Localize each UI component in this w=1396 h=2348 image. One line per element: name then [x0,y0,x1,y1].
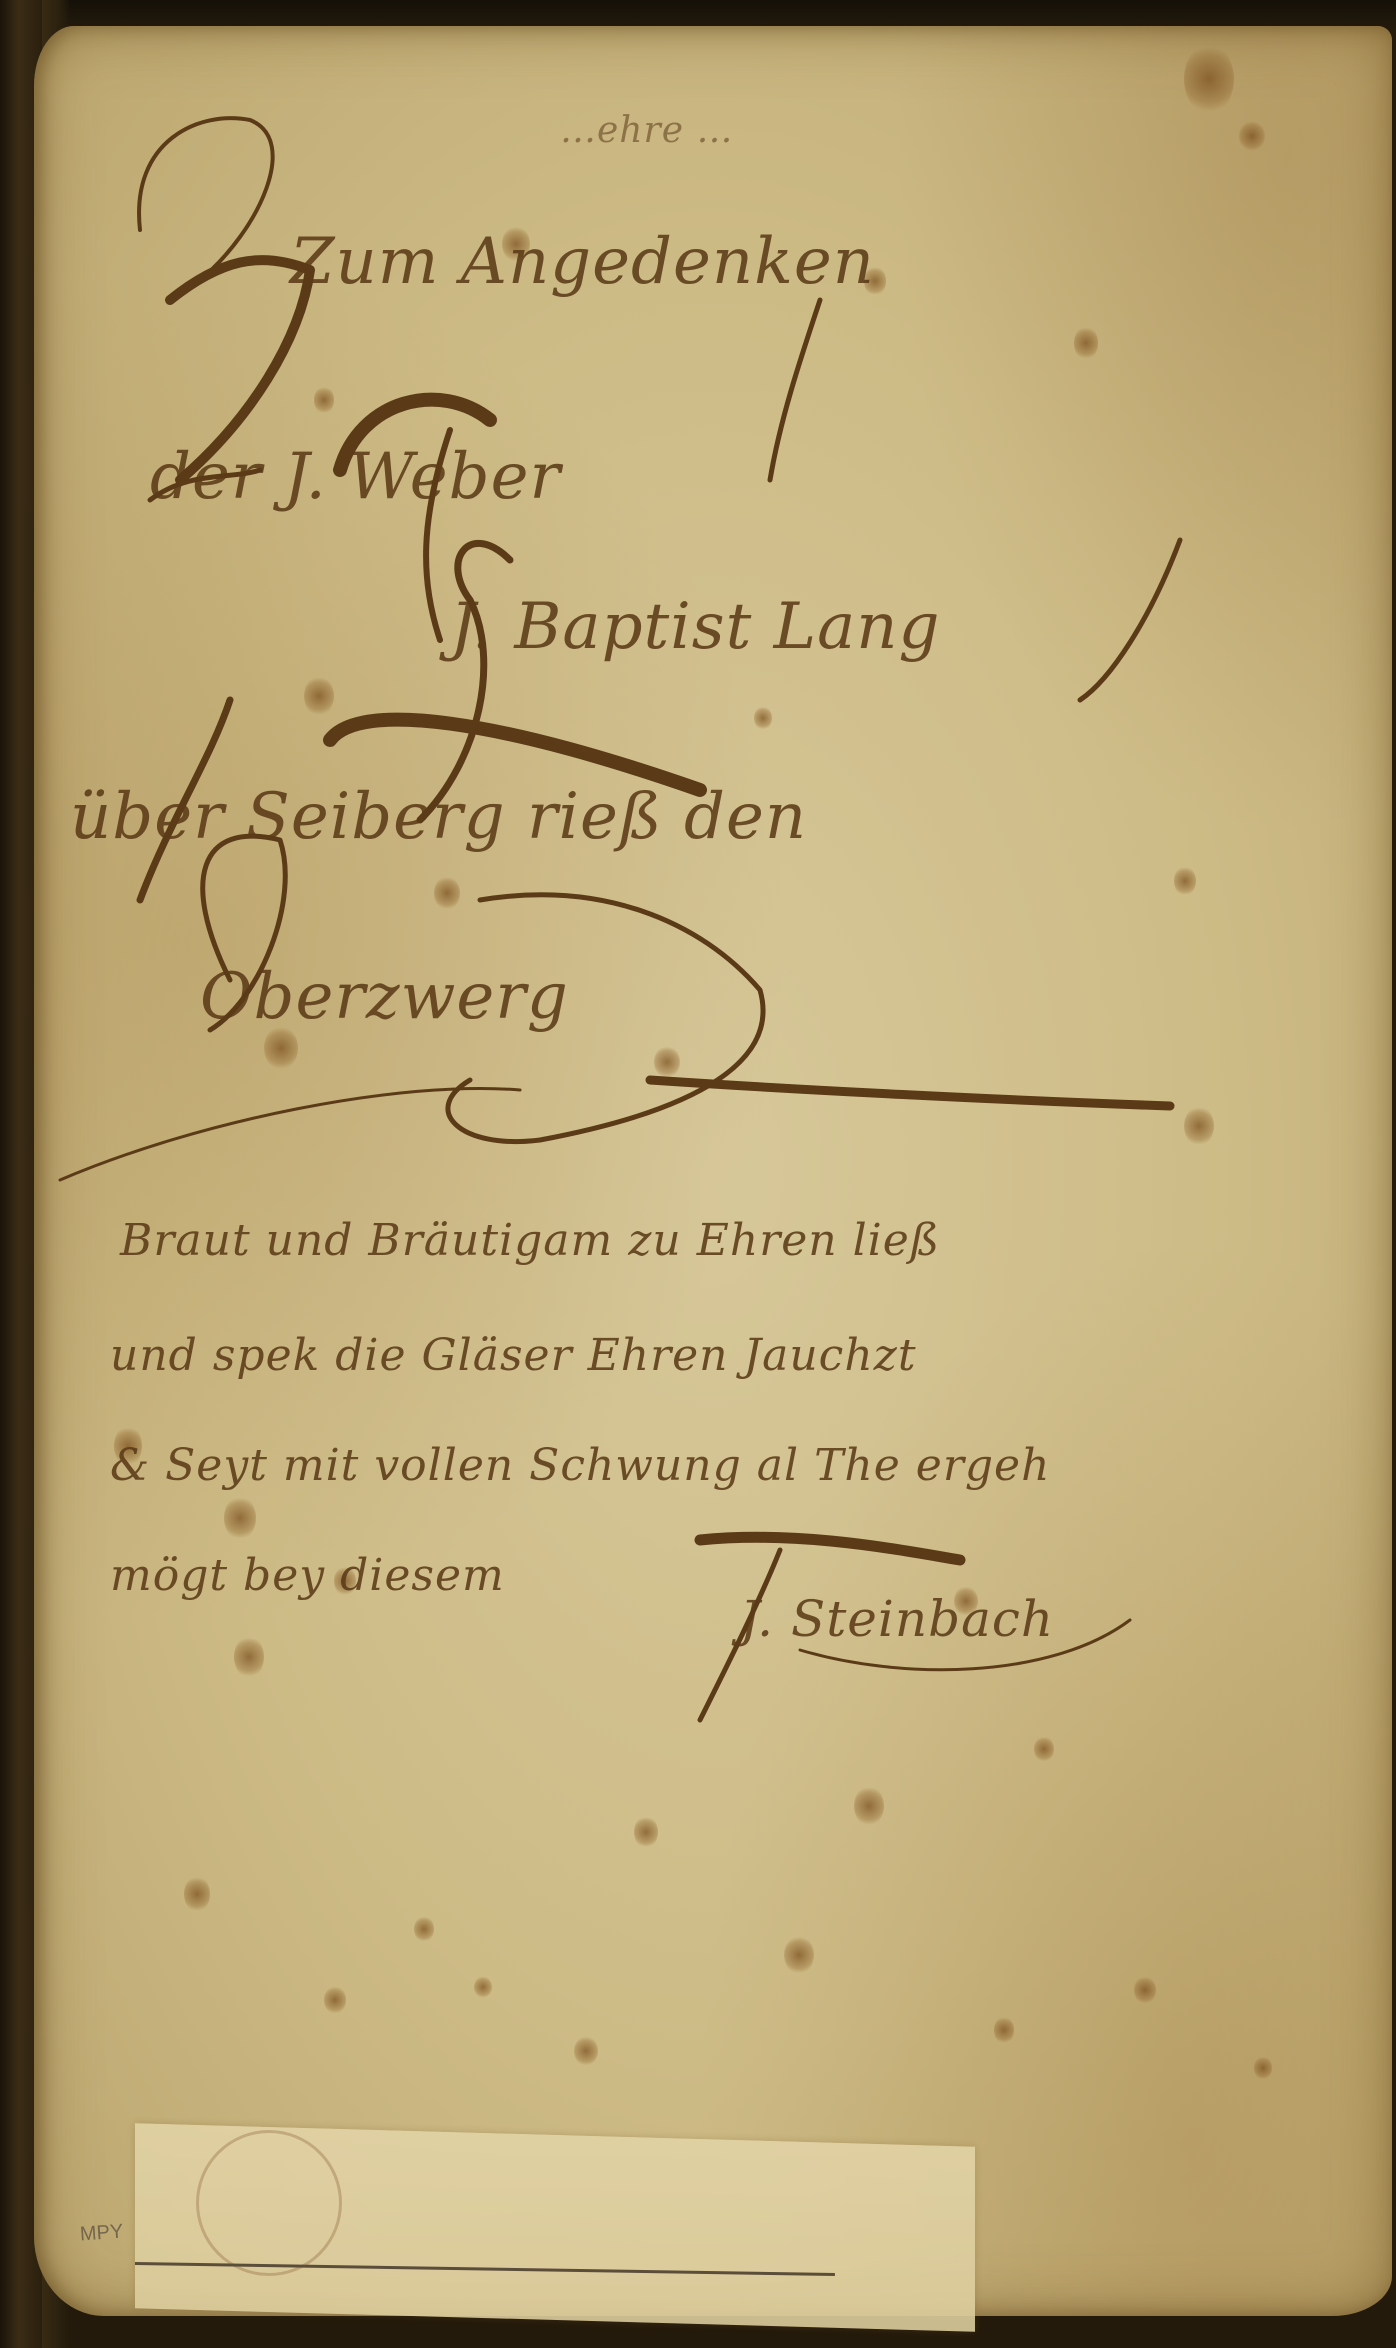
foxing-spot [1074,326,1098,360]
foxing-spot [1184,1106,1214,1146]
manuscript-page [34,26,1392,2316]
foxing-spot [574,2036,598,2066]
foxing-spot [654,1046,680,1078]
foxing-spot [234,1636,264,1678]
dedication-line-4: über Seiberg rieß den [70,780,807,854]
verse-line-4: mögt bey diesem [110,1550,505,1601]
dedication-line-3: J. Baptist Lang [450,590,940,664]
shelf-mark: MPY [79,2221,124,2247]
foxing-spot [1184,44,1234,114]
foxing-spot [414,1916,434,1942]
verse-line-1: Braut und Bräutigam zu Ehren ließ [120,1215,940,1266]
foxing-spot [1034,1736,1054,1762]
dedication-line-2: der J. Weber [150,440,561,514]
foxing-spot [754,706,772,730]
foxing-spot [434,876,460,910]
verse-line-2: und spek die Gläser Ehren Jauchzt [110,1330,917,1381]
foxing-spot [784,1936,814,1974]
foxing-spot [1174,866,1196,896]
foxing-spot [1134,1976,1156,2004]
faded-stamp [196,2130,342,2276]
foxing-spot [994,2016,1014,2044]
foxing-spot [1239,121,1265,151]
foxing-spot [304,676,334,716]
top-marginalia: …ehre … [560,110,733,151]
foxing-spot [224,1496,256,1540]
foxing-spot [324,1986,346,2014]
foxing-spot [474,1976,492,1998]
foxing-spot [314,386,334,414]
dedication-line-5: Oberzwerg [200,960,569,1034]
signature: J. Steinbach [740,1590,1054,1648]
foxing-spot [634,1816,658,1848]
verse-line-3: & Seyt mit vollen Schwung al The ergeh [110,1440,1050,1491]
dedication-line-1: Zum Angedenken [290,225,875,299]
foxing-spot [1254,2056,1272,2080]
foxing-spot [854,1786,884,1826]
foxing-spot [184,1876,210,1912]
